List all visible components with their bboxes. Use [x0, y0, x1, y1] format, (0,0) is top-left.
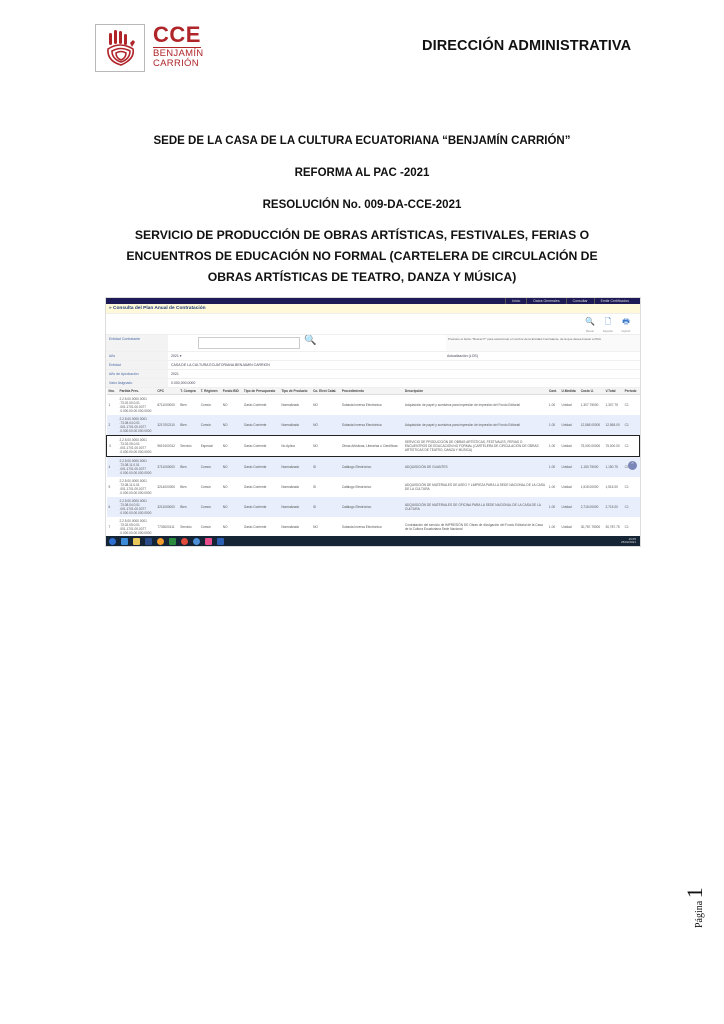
pac-table: Nro.Partida Pres.CPCT. CompraT. RégimenF…: [106, 388, 640, 537]
document-icon: 🗋: [605, 317, 611, 326]
cell-desc: Contratación del servicio de IMPRESIÓN D…: [403, 517, 547, 537]
cell-cpc: 3217002110: [155, 415, 178, 436]
year-label: Año: [106, 352, 168, 360]
cell-cant: 1.00: [547, 436, 560, 457]
cell-cant: 1.00: [547, 457, 560, 478]
cell-tr: Común: [199, 395, 221, 416]
cell-bid: NO: [221, 497, 242, 517]
cell-cat: NO: [311, 436, 340, 457]
word-icon[interactable]: [217, 538, 224, 545]
cell-cu: 12,565.00000: [579, 415, 604, 436]
resolution-title: RESOLUCIÓN No. 009-DA-CCE-2021: [0, 199, 724, 211]
cell-tp: Gasto Corriente: [242, 457, 279, 478]
cell-cu: 2,715.00000: [579, 497, 604, 517]
info-row: EntidadCASA DE LA CULTURA ECUATORIANA BE…: [106, 361, 640, 370]
cell-um: Unidad: [560, 517, 579, 537]
cell-cpc: 7733000111: [155, 517, 178, 537]
cell-tp: Gasto Corriente: [242, 436, 279, 457]
cell-cat: NO: [311, 517, 340, 537]
service-title: SERVICIO DE PRODUCCIÓN DE OBRAS ARTÍSTIC…: [0, 225, 724, 288]
page-label: Página: [694, 901, 705, 928]
cell-n: 7: [107, 517, 118, 537]
excel-icon[interactable]: [169, 538, 176, 545]
app-icon[interactable]: [157, 538, 164, 545]
cell-vt: 1,150.75: [603, 457, 622, 478]
cell-um: Unidad: [560, 436, 579, 457]
cell-prod: Normalizado: [279, 395, 311, 416]
department-heading: DIRECCIÓN ADMINISTRATIVA: [422, 38, 631, 54]
search-icon[interactable]: 🔍: [304, 335, 316, 351]
media-icon[interactable]: [145, 538, 152, 545]
cell-cu: 75,000.00000: [579, 436, 604, 457]
cell-cat: SI: [311, 477, 340, 497]
cell-bid: NO: [221, 415, 242, 436]
print-button[interactable]: 🖶Imprimir: [620, 317, 632, 337]
paint-icon[interactable]: [205, 538, 212, 545]
cell-tr: Común: [199, 497, 221, 517]
table-row[interactable]: 52.2.5.00.0000.0001 .73.08.11.0.01 .001.…: [107, 477, 640, 497]
network-icon[interactable]: [193, 538, 200, 545]
institution-title: SEDE DE LA CASA DE LA CULTURA ECUATORIAN…: [0, 135, 724, 147]
logo-abbr: CCE: [153, 22, 201, 48]
cell-um: Unidad: [560, 497, 579, 517]
toolbar-label: Buscar: [584, 327, 596, 337]
cell-desc: Adquisición de papel y sumistros para im…: [403, 415, 547, 436]
cell-proc: Catálogo Electrónico: [340, 457, 403, 478]
cell-prod: Normalizado: [279, 517, 311, 537]
table-row[interactable]: 62.2.5.00.0000.0001 .73.08.04.0.01 .001.…: [107, 497, 640, 517]
cell-cpc: 3214000000: [155, 477, 178, 497]
cell-bid: NO: [221, 395, 242, 416]
cell-tr: Común: [199, 477, 221, 497]
cell-per: C1: [623, 395, 640, 416]
cell-vt: 1,515.00: [603, 477, 622, 497]
cell-cant: 1.00: [547, 415, 560, 436]
cell-per: C1: [623, 477, 640, 497]
cell-tp: Gasto Corriente: [242, 477, 279, 497]
cell-bid: NO: [221, 517, 242, 537]
cell-cpc: 3711000000: [155, 457, 178, 478]
cell-n: 5: [107, 477, 118, 497]
cell-desc: Adquisición de papel y sumistros para im…: [403, 395, 547, 416]
page-title: » Consulta del Plan Anual de Contratació…: [106, 304, 640, 314]
info-value: CASA DE LA CULTURA ECUATORIANA BENJAMIN …: [168, 361, 273, 369]
cell-vt: 30,787.75: [603, 517, 622, 537]
cell-vt: 1,307.75: [603, 395, 622, 416]
cell-cat: SI: [311, 497, 340, 517]
hand-emblem-icon: [103, 29, 137, 67]
logo-name: BENJAMÍN CARRIÓN: [153, 49, 203, 69]
cell-bid: NO: [221, 477, 242, 497]
page-number-value: 1: [682, 887, 707, 898]
pac-screenshot: InicioDatos GeneralesConsultarEmitir Cer…: [105, 297, 641, 547]
cell-cant: 1.00: [547, 477, 560, 497]
year-row: Año 2021 ▾ Actualización (LOS): [106, 352, 640, 361]
cell-tr: Común: [199, 457, 221, 478]
cell-tc: Servicio: [178, 436, 198, 457]
info-row: Valor Asignado0.000,000.0000: [106, 379, 640, 388]
cell-tp: Gasto Corriente: [242, 517, 279, 537]
table-row[interactable]: 12.2.5.00.0000.0001 .73.02.00.0.01 .001.…: [107, 395, 640, 416]
logo-emblem: [95, 24, 145, 72]
cell-proc: Catálogo Electrónico: [340, 497, 403, 517]
cell-partida: 2.2.5.00.0000.0001 .73.02.05.0.01 .001.1…: [117, 517, 155, 537]
cell-proc: Catálogo Electrónico: [340, 477, 403, 497]
nav-item[interactable]: Emitir Certificados: [594, 298, 635, 304]
cce-logo: CCE BENJAMÍN CARRIÓN: [95, 24, 229, 76]
cell-proc: Subasta Inversa Electrónica: [340, 415, 403, 436]
cell-bid: NO: [221, 436, 242, 457]
info-value: 2021: [168, 370, 182, 378]
extra-label: Actualización (LOS): [444, 352, 640, 360]
ie-icon[interactable]: [121, 538, 128, 545]
cell-tc: Bien: [178, 477, 198, 497]
cell-bid: NO: [221, 457, 242, 478]
cell-cant: 1.00: [547, 497, 560, 517]
taskbar-clock[interactable]: 16:05 25/02/2021: [621, 538, 640, 545]
toolbar-label: Exportar: [602, 327, 614, 337]
print-icon: 🖶: [622, 317, 630, 326]
table-row[interactable]: 32.2.5.00.0000.0001 .73.02.05.0.01 .001.…: [107, 436, 640, 457]
cell-cpc: 8711000000: [155, 395, 178, 416]
entity-row: Entidad Contratante 🔍 Presione el botón …: [106, 335, 640, 352]
cell-n: 6: [107, 497, 118, 517]
cell-um: Unidad: [560, 395, 579, 416]
info-label: Año de Aprobación: [106, 370, 168, 378]
cell-prod: Normalizado: [279, 477, 311, 497]
cell-cant: 1.00: [547, 517, 560, 537]
table-row[interactable]: 22.2.5.00.0000.0001 .73.08.04.0.01 .001.…: [107, 415, 640, 436]
logo-line-2: CARRIÓN: [153, 59, 203, 69]
cell-tc: Bien: [178, 395, 198, 416]
search-button[interactable]: 🔍Buscar: [584, 317, 596, 337]
cell-tc: Bien: [178, 457, 198, 478]
table-row[interactable]: 42.2.5.00.0000.0001 .73.08.11.0.01 .001.…: [107, 457, 640, 478]
cell-proc: Obras Artísticas, Literarias o Científic…: [340, 436, 403, 457]
cell-prod: No Aplica: [279, 436, 311, 457]
cell-cpc: 3211000000: [155, 497, 178, 517]
cell-cat: NO: [311, 415, 340, 436]
cell-prod: Normalizado: [279, 497, 311, 517]
cell-per: C1: [623, 415, 640, 436]
scroll-icon[interactable]: ⌃: [628, 461, 637, 470]
cell-tp: Gasto Corriente: [242, 395, 279, 416]
cell-desc: ADQUISICIÓN DE MATERIALES DE OFICINA PAR…: [403, 497, 547, 517]
folder-icon[interactable]: [133, 538, 140, 545]
cell-prod: Normalizado: [279, 457, 311, 478]
cell-cu: 1,515.00000: [579, 477, 604, 497]
entity-input[interactable]: [198, 337, 300, 349]
cell-n: 1: [107, 395, 118, 416]
cell-cpc: 9619100012: [155, 436, 178, 457]
entity-label: Entidad Contratante: [106, 335, 168, 351]
toolbar: 🔍Buscar🗋Exportar🖶Imprimir: [106, 314, 640, 335]
cell-cat: SI: [311, 457, 340, 478]
cell-tc: Bien: [178, 415, 198, 436]
cell-proc: Subasta Inversa Electrónica: [340, 395, 403, 416]
table-row[interactable]: 72.2.5.00.0000.0001 .73.02.05.0.01 .001.…: [107, 517, 640, 537]
cell-tr: Común: [199, 517, 221, 537]
clock-date: 25/02/2021: [621, 541, 636, 545]
cell-cu: 1,307.75000: [579, 395, 604, 416]
cell-per: C1: [623, 436, 640, 457]
reform-title: REFORMA AL PAC -2021: [0, 167, 724, 179]
cell-tp: Gasto Corriente: [242, 497, 279, 517]
info-row: Año de Aprobación2021: [106, 370, 640, 379]
taskbar: 16:05 25/02/2021: [106, 536, 640, 546]
cell-partida: 2.2.5.00.0000.0001 .73.08.04.0.01 .001.1…: [117, 415, 155, 436]
cell-desc: ADQUISICIÓN DE MATERIALES DE ASEO Y LIMP…: [403, 477, 547, 497]
cell-desc: SERVICIO DE PRODUCCIÓN DE OBRAS ARTÍSTIC…: [403, 436, 547, 457]
cell-cant: 1.00: [547, 395, 560, 416]
cell-partida: 2.2.5.00.0000.0001 .73.08.11.0.01 .001.1…: [117, 477, 155, 497]
cell-um: Unidad: [560, 415, 579, 436]
year-value: 2021: [171, 354, 179, 358]
cell-n: 4: [107, 457, 118, 478]
cell-partida: 2.2.5.00.0000.0001 .73.02.05.0.01 .001.1…: [117, 436, 155, 457]
cell-vt: 12,565.00: [603, 415, 622, 436]
cell-tp: Gasto Corriente: [242, 415, 279, 436]
cell-partida: 2.2.5.00.0000.0001 .73.08.04.0.01 .001.1…: [117, 497, 155, 517]
nav-item[interactable]: Consultar: [566, 298, 594, 304]
info-label: Entidad: [106, 361, 168, 369]
nav-item[interactable]: Inicio: [505, 298, 526, 304]
toolbar-label: Imprimir: [620, 327, 632, 337]
year-select[interactable]: 2021 ▾: [168, 352, 185, 360]
info-label: Valor Asignado: [106, 379, 168, 387]
cell-desc: ADQUISICIÓN DE GUANTES: [403, 457, 547, 478]
cell-um: Unidad: [560, 477, 579, 497]
document-button[interactable]: 🗋Exportar: [602, 317, 614, 337]
cell-per: C1: [623, 497, 640, 517]
chrome-icon[interactable]: [181, 538, 188, 545]
cell-cu: 30,787.75000: [579, 517, 604, 537]
cell-tr: Común: [199, 415, 221, 436]
page-number: Página 1: [682, 858, 722, 928]
search-icon: 🔍: [585, 317, 595, 326]
cell-tc: Servicio: [178, 517, 198, 537]
cell-partida: 2.2.5.00.0000.0001 .73.08.11.0.01 .001.1…: [117, 457, 155, 478]
cell-um: Unidad: [560, 457, 579, 478]
cell-tc: Bien: [178, 497, 198, 517]
info-value: 0.000,000.0000: [168, 379, 198, 387]
start-icon[interactable]: [109, 538, 116, 545]
cell-partida: 2.2.5.00.0000.0001 .73.02.00.0.01 .001.1…: [117, 395, 155, 416]
cell-n: 2: [107, 415, 118, 436]
cell-cu: 1,150.75000: [579, 457, 604, 478]
cell-prod: Normalizado: [279, 415, 311, 436]
cell-proc: Subasta Inversa Electrónica: [340, 517, 403, 537]
cell-n: 3: [107, 436, 118, 457]
cell-cat: NO: [311, 395, 340, 416]
cell-vt: 75,000.00: [603, 436, 622, 457]
search-hint: Presione el botón "Buscar P" para selecc…: [446, 335, 640, 351]
nav-item[interactable]: Datos Generales: [526, 298, 565, 304]
cell-tr: Especial: [199, 436, 221, 457]
cell-vt: 2,715.00: [603, 497, 622, 517]
cell-per: C1: [623, 517, 640, 537]
